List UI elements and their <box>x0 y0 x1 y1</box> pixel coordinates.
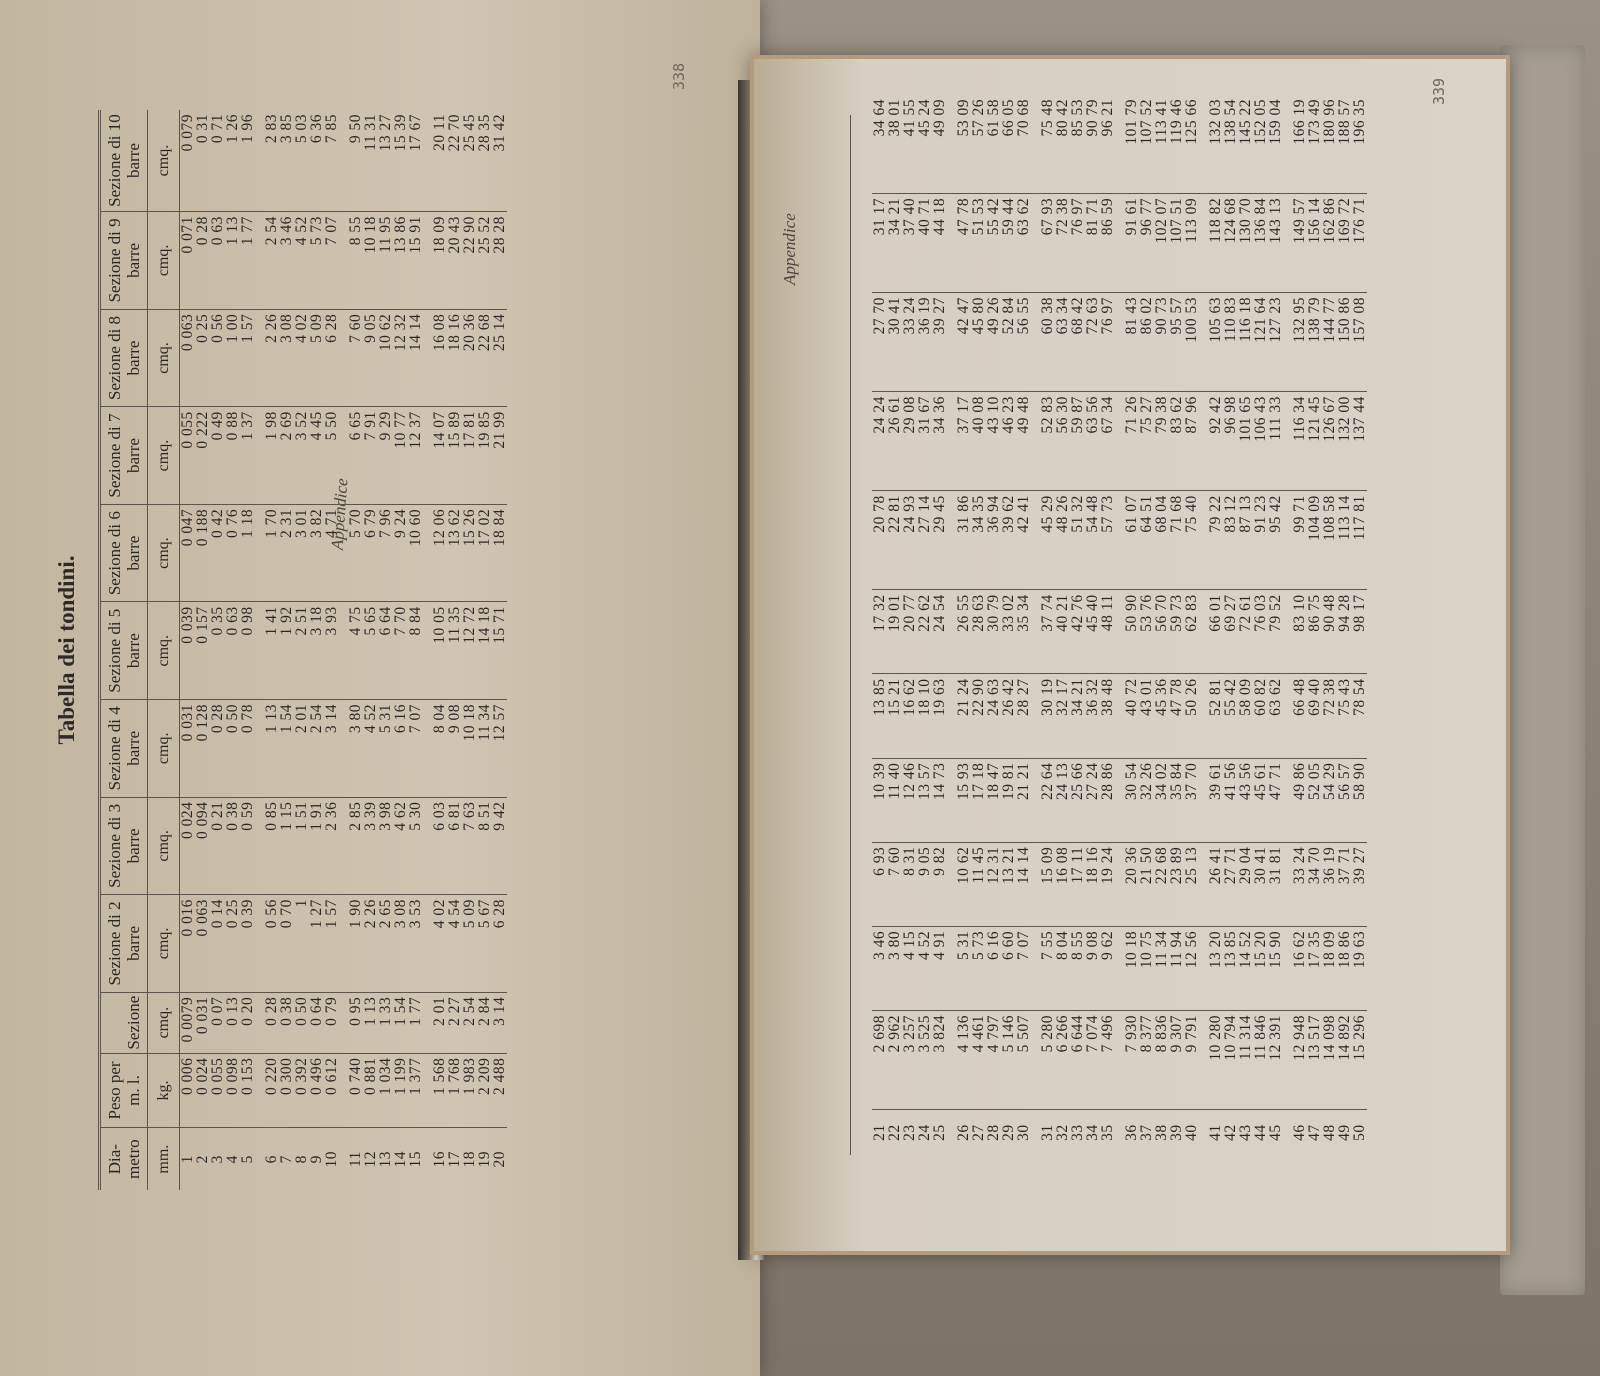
value-cell: 1 91 <box>309 797 324 895</box>
value-cell: 41 56 <box>1223 758 1238 842</box>
value-cell: 8 31 <box>902 842 917 926</box>
value-cell: 80 42 <box>1055 95 1070 193</box>
value-cell: 99 71 <box>1292 491 1307 590</box>
value-cell: 0 38 <box>279 992 294 1053</box>
value-cell: 27 71 <box>1223 842 1238 926</box>
table-row: 70 3000 380 701 151 541 922 312 693 083 … <box>279 110 294 1190</box>
value-cell: 72 38 <box>1322 674 1337 758</box>
value-cell: 79 38 <box>1154 392 1169 491</box>
diameter-cell: 47 <box>1307 1110 1322 1155</box>
value-cell: 110 83 <box>1223 292 1238 391</box>
value-cell: 0 50 <box>294 992 309 1053</box>
value-cell: 53 76 <box>1139 590 1154 674</box>
value-cell: 0 78 <box>240 700 255 798</box>
unit-label: cmq. <box>148 797 180 895</box>
value-cell: 10 39 <box>872 758 887 842</box>
value-cell: 17 11 <box>1070 842 1085 926</box>
table-row: 284 7976 1612 3118 4724 6330 7936 9443 1… <box>986 95 1001 1155</box>
value-cell: 20 43 <box>447 212 462 310</box>
value-cell: 25 66 <box>1070 758 1085 842</box>
value-cell: 4 62 <box>393 797 408 895</box>
value-cell: 70 68 <box>1016 95 1031 193</box>
value-cell: 0 76 <box>225 504 240 602</box>
value-cell: 56 57 <box>1337 758 1352 842</box>
value-cell: 3 525 <box>917 1011 932 1110</box>
value-cell: 2 54 <box>264 212 279 310</box>
value-cell: 11 34 <box>477 700 492 798</box>
diameter-cell: 41 <box>1208 1110 1223 1155</box>
value-cell: 21 99 <box>492 407 507 505</box>
value-cell: 0 128 <box>195 700 210 798</box>
value-cell: 130 70 <box>1238 193 1253 292</box>
value-cell: 21 24 <box>956 674 971 758</box>
value-cell: 39 27 <box>1352 842 1367 926</box>
value-cell: 33 24 <box>902 292 917 391</box>
value-cell: 19 85 <box>477 407 492 505</box>
diameter-cell: 3 <box>210 1128 225 1190</box>
value-cell: 121 64 <box>1253 292 1268 391</box>
diameter-cell: 18 <box>462 1128 477 1190</box>
table-row: 326 2668 0416 0824 1332 1740 2148 2656 3… <box>1055 95 1070 1155</box>
value-cell: 6 28 <box>324 309 339 407</box>
value-cell: 2 698 <box>872 1011 887 1110</box>
value-cell: 75 40 <box>1184 491 1199 590</box>
value-cell: 12 46 <box>902 758 917 842</box>
value-cell: 6 60 <box>1001 926 1016 1010</box>
value-cell: 0 50 <box>225 700 240 798</box>
value-cell: 2 488 <box>492 1053 507 1128</box>
value-cell: 50 90 <box>1124 590 1139 674</box>
value-cell: 13 21 <box>1001 842 1016 926</box>
table-row: 50 1530 200 390 590 780 981 181 371 571 … <box>240 110 255 1190</box>
value-cell: 40 71 <box>917 193 932 292</box>
value-cell: 4 797 <box>986 1011 1001 1110</box>
value-cell: 47 78 <box>1169 674 1184 758</box>
value-cell: 11 34 <box>1154 926 1169 1010</box>
value-cell: 12 948 <box>1292 1011 1307 1110</box>
value-cell: 2 85 <box>348 797 363 895</box>
value-cell: 25 13 <box>1184 842 1199 926</box>
table-row: 202 4883 146 289 4212 5715 7118 8421 992… <box>492 110 507 1190</box>
value-cell: 12 57 <box>492 700 507 798</box>
value-cell: 13 57 <box>917 758 932 842</box>
diameter-cell: 10 <box>324 1128 339 1190</box>
value-cell: 4 91 <box>932 926 947 1010</box>
value-cell: 34 64 <box>872 95 887 193</box>
value-cell: 40 21 <box>1055 590 1070 674</box>
unit-label: cmq. <box>148 895 180 993</box>
value-cell: 7 60 <box>348 309 363 407</box>
value-cell: 1 54 <box>393 992 408 1053</box>
value-cell: 132 95 <box>1292 292 1307 391</box>
value-cell: 1 377 <box>408 1053 423 1128</box>
value-cell: 0 38 <box>225 797 240 895</box>
value-cell: 101 79 <box>1124 95 1139 193</box>
value-cell: 3 82 <box>309 504 324 602</box>
value-cell: 0 63 <box>225 602 240 700</box>
value-cell: 0 35 <box>210 602 225 700</box>
value-cell: 8 51 <box>477 797 492 895</box>
value-cell: 18 09 <box>1322 926 1337 1010</box>
diameter-cell: 45 <box>1268 1110 1283 1155</box>
value-cell: 90 48 <box>1322 590 1337 674</box>
value-cell: 52 05 <box>1307 758 1322 842</box>
value-cell: 9 62 <box>1100 926 1115 1010</box>
value-cell: 49 86 <box>1292 758 1307 842</box>
unit-label: cmq. <box>148 212 180 310</box>
value-cell: 0 25 <box>195 309 210 407</box>
value-cell: 11 314 <box>1238 1011 1253 1110</box>
value-cell: 1 51 <box>294 797 309 895</box>
value-cell: 7 074 <box>1085 1011 1100 1110</box>
value-cell: 0 079 <box>180 110 196 212</box>
value-cell: 1 77 <box>240 212 255 310</box>
value-cell: 0 56 <box>264 895 279 993</box>
value-cell: 45 61 <box>1253 758 1268 842</box>
value-cell: 83 10 <box>1292 590 1307 674</box>
value-cell: 0 740 <box>348 1053 363 1128</box>
value-cell: 15 09 <box>1040 842 1055 926</box>
value-cell: 0 49 <box>210 407 225 505</box>
value-cell: 0 220 <box>264 1053 279 1128</box>
value-cell: 107 51 <box>1169 193 1184 292</box>
value-cell: 25 14 <box>492 309 507 407</box>
value-cell: 86 75 <box>1307 590 1322 674</box>
value-cell: 15 20 <box>1253 926 1268 1010</box>
value-cell: 36 19 <box>917 292 932 391</box>
value-cell: 10 77 <box>393 407 408 505</box>
table-row: 264 1365 3110 6215 9321 2426 5531 8637 1… <box>956 95 971 1155</box>
value-cell: 166 19 <box>1292 95 1307 193</box>
diameter-cell: 25 <box>932 1110 947 1155</box>
value-cell: 30 19 <box>1040 674 1055 758</box>
value-cell: 19 24 <box>1100 842 1115 926</box>
table-row: 40 0980 130 250 380 500 630 760 881 001 … <box>225 110 240 1190</box>
value-cell: 0 31 <box>195 110 210 212</box>
table-body: 10 0060 00790 0160 0240 0310 0390 0470 0… <box>180 110 508 1190</box>
left-page: Tabella dei tondini. 338 Appendice Dia-m… <box>0 0 760 1376</box>
value-cell: 0 392 <box>294 1053 309 1128</box>
value-cell: 0 79 <box>324 992 339 1053</box>
value-cell: 5 50 <box>324 407 339 505</box>
value-cell: 8 377 <box>1139 1011 1154 1110</box>
table-row: 30 0550 070 140 210 280 350 420 490 560 … <box>210 110 225 1190</box>
table-row: 315 2807 5515 0922 6430 1937 7445 2952 8… <box>1040 95 1055 1155</box>
value-cell: 52 83 <box>1040 392 1055 491</box>
value-cell: 104 09 <box>1307 491 1322 590</box>
table-row: 4512 39115 9031 8147 7163 6279 5295 4211… <box>1268 95 1283 1155</box>
value-cell: 1 <box>294 895 309 993</box>
value-cell: 118 82 <box>1208 193 1223 292</box>
book-cover-edge <box>1500 45 1585 1295</box>
page-number: 338 <box>670 63 688 90</box>
unit-label: cmq. <box>148 700 180 798</box>
value-cell: 0 157 <box>195 602 210 700</box>
value-cell: 22 68 <box>1154 842 1169 926</box>
value-cell: 8 55 <box>1070 926 1085 1010</box>
value-cell: 87 96 <box>1184 392 1199 491</box>
running-head: Appendice <box>780 213 800 285</box>
value-cell: 5 03 <box>294 110 309 212</box>
value-cell: 22 81 <box>887 491 902 590</box>
value-cell: 48 26 <box>1055 491 1070 590</box>
value-cell: 2 01 <box>432 992 447 1053</box>
diameter-cell: 12 <box>363 1128 378 1190</box>
value-cell: 14 14 <box>408 309 423 407</box>
value-cell: 1 568 <box>432 1053 447 1128</box>
value-cell: 75 48 <box>1040 95 1055 193</box>
value-cell: 1 00 <box>225 309 240 407</box>
value-cell: 6 79 <box>363 504 378 602</box>
value-cell: 96 98 <box>1223 392 1238 491</box>
value-cell: 95 42 <box>1268 491 1283 590</box>
value-cell: 76 97 <box>1100 292 1115 391</box>
value-cell: 31 81 <box>1268 842 1283 926</box>
value-cell: 12 391 <box>1268 1011 1283 1110</box>
value-cell: 27 14 <box>917 491 932 590</box>
value-cell: 6 16 <box>986 926 1001 1010</box>
value-cell: 96 21 <box>1100 95 1115 193</box>
value-cell: 37 74 <box>1040 590 1055 674</box>
value-cell: 0 188 <box>195 504 210 602</box>
diameter-cell: 35 <box>1100 1110 1115 1155</box>
value-cell: 2 26 <box>264 309 279 407</box>
value-cell: 0 88 <box>225 407 240 505</box>
diameter-cell: 30 <box>1016 1110 1031 1155</box>
diameter-cell: 15 <box>408 1128 423 1190</box>
value-cell: 14 098 <box>1322 1011 1337 1110</box>
value-cell: 86 02 <box>1139 292 1154 391</box>
row-group-gap <box>255 110 264 1190</box>
value-cell: 17 81 <box>462 407 477 505</box>
value-cell: 91 61 <box>1124 193 1139 292</box>
value-cell: 24 54 <box>932 590 947 674</box>
value-cell: 105 63 <box>1208 292 1223 391</box>
table-row: 110 7400 951 902 853 804 755 706 657 608… <box>348 110 363 1190</box>
value-cell: 71 68 <box>1169 491 1184 590</box>
value-cell: 10 18 <box>462 700 477 798</box>
value-cell: 13 85 <box>872 674 887 758</box>
value-cell: 101 65 <box>1238 392 1253 491</box>
value-cell: 10 75 <box>1139 926 1154 1010</box>
value-cell: 16 62 <box>1292 926 1307 1010</box>
table-row: 120 8811 132 263 394 525 656 797 919 051… <box>363 110 378 1190</box>
value-cell: 162 86 <box>1322 193 1337 292</box>
value-cell: 11 31 <box>363 110 378 212</box>
page-number: 339 <box>1430 78 1448 105</box>
value-cell: 7 60 <box>887 842 902 926</box>
diameter-cell: 46 <box>1292 1110 1307 1155</box>
value-cell: 6 65 <box>348 407 363 505</box>
table-row: 409 79112 5625 1337 7050 2662 8375 4087 … <box>1184 95 1199 1155</box>
value-cell: 0 25 <box>225 895 240 993</box>
value-cell: 18 16 <box>1085 842 1100 926</box>
value-cell: 132 00 <box>1337 392 1352 491</box>
value-cell: 7 96 <box>378 504 393 602</box>
value-cell: 0 098 <box>225 1053 240 1128</box>
value-cell: 29 45 <box>932 491 947 590</box>
value-cell: 7 55 <box>1040 926 1055 1010</box>
value-cell: 2 65 <box>378 895 393 993</box>
value-cell: 41 55 <box>902 95 917 193</box>
value-cell: 2 54 <box>309 700 324 798</box>
value-cell: 0 300 <box>279 1053 294 1128</box>
value-cell: 27 24 <box>1085 758 1100 842</box>
value-cell: 28 63 <box>971 590 986 674</box>
value-cell: 53 09 <box>956 95 971 193</box>
value-cell: 16 08 <box>1055 842 1070 926</box>
value-cell: 0 222 <box>195 407 210 505</box>
table-row: 243 5254 529 0513 5718 1022 6227 1431 67… <box>917 95 932 1155</box>
value-cell: 9 08 <box>1085 926 1100 1010</box>
value-cell: 63 34 <box>1055 292 1070 391</box>
value-cell: 14 73 <box>932 758 947 842</box>
value-cell: 69 40 <box>1307 674 1322 758</box>
diameter-cell: 26 <box>956 1110 971 1155</box>
value-cell: 1 90 <box>348 895 363 993</box>
value-cell: 32 17 <box>1055 674 1070 758</box>
value-cell: 1 13 <box>225 212 240 310</box>
column-header: Dia-metro <box>100 1128 148 1190</box>
value-cell: 17 35 <box>1307 926 1322 1010</box>
value-cell: 1 92 <box>279 602 294 700</box>
value-cell: 24 13 <box>1055 758 1070 842</box>
value-cell: 11 846 <box>1253 1011 1268 1110</box>
value-cell: 76 97 <box>1070 193 1085 292</box>
value-cell: 0 031 <box>195 992 210 1053</box>
value-cell: 149 57 <box>1292 193 1307 292</box>
value-cell: 2 83 <box>264 110 279 212</box>
value-cell: 36 94 <box>986 491 1001 590</box>
value-cell: 5 146 <box>1001 1011 1016 1110</box>
diameter-cell: 16 <box>432 1128 447 1190</box>
value-cell: 13 62 <box>447 504 462 602</box>
diameter-cell: 1 <box>180 1128 196 1190</box>
value-cell: 180 96 <box>1322 95 1337 193</box>
value-cell: 196 35 <box>1352 95 1367 193</box>
table-row: 5015 29619 6339 2758 9078 5498 17117 811… <box>1352 95 1367 1155</box>
value-cell: 5 30 <box>408 797 423 895</box>
value-cell: 4 75 <box>348 602 363 700</box>
value-cell: 95 57 <box>1169 292 1184 391</box>
value-cell: 45 29 <box>1040 491 1055 590</box>
value-cell: 0 024 <box>180 797 196 895</box>
value-cell: 0 055 <box>210 1053 225 1128</box>
value-cell: 121 45 <box>1307 392 1322 491</box>
value-cell: 58 90 <box>1352 758 1367 842</box>
value-cell: 12 31 <box>986 842 1001 926</box>
value-cell: 34 21 <box>1070 674 1085 758</box>
value-cell: 0 006 <box>180 1053 196 1128</box>
value-cell: 26 42 <box>1001 674 1016 758</box>
value-cell: 125 66 <box>1184 95 1199 193</box>
value-cell: 22 90 <box>462 212 477 310</box>
value-cell: 30 54 <box>1124 758 1139 842</box>
value-cell: 34 70 <box>1307 842 1322 926</box>
diameter-cell: 7 <box>279 1128 294 1190</box>
column-header: Peso per m. l. <box>100 1053 148 1128</box>
value-cell: 7 07 <box>324 212 339 310</box>
value-cell: 3 98 <box>378 797 393 895</box>
value-cell: 113 09 <box>1184 193 1199 292</box>
value-cell: 59 87 <box>1070 392 1085 491</box>
diameter-cell: 23 <box>902 1110 917 1155</box>
value-cell: 2 36 <box>324 797 339 895</box>
value-cell: 137 44 <box>1352 392 1367 491</box>
diameter-cell: 8 <box>294 1128 309 1190</box>
value-cell: 90 79 <box>1085 95 1100 193</box>
value-cell: 16 62 <box>902 674 917 758</box>
value-cell: 3 824 <box>932 1011 947 1110</box>
diameter-cell: 20 <box>492 1128 507 1190</box>
value-cell: 15 21 <box>887 674 902 758</box>
table-row: 60 2200 280 560 851 131 411 701 982 262 … <box>264 110 279 1190</box>
value-cell: 43 10 <box>986 392 1001 491</box>
table-row: 192 2092 845 678 5111 3414 1817 0219 852… <box>477 110 492 1190</box>
value-cell: 67 34 <box>1100 392 1115 491</box>
value-cell: 36 19 <box>1322 842 1337 926</box>
value-cell: 0 094 <box>195 797 210 895</box>
diameter-cell: 36 <box>1124 1110 1139 1155</box>
table-body: 212 6983 466 9310 3913 8517 3220 7824 24… <box>872 95 1367 1155</box>
value-cell: 55 42 <box>1223 674 1238 758</box>
value-cell: 81 43 <box>1124 292 1139 391</box>
value-cell: 20 77 <box>902 590 917 674</box>
value-cell: 14 14 <box>1016 842 1031 926</box>
value-cell: 0 42 <box>210 504 225 602</box>
value-cell: 42 41 <box>1016 491 1031 590</box>
value-cell: 0 039 <box>180 602 196 700</box>
value-cell: 0 98 <box>240 602 255 700</box>
value-cell: 1 96 <box>240 110 255 212</box>
page-title: Tabella dei tondini. <box>54 110 80 1190</box>
unit-label: cmq. <box>148 602 180 700</box>
table-row: 171 7682 274 546 819 0811 3513 6215 8918… <box>447 110 462 1190</box>
value-cell: 10 18 <box>1124 926 1139 1010</box>
value-cell: 40 08 <box>971 392 986 491</box>
column-header: Sezione di 4 barre <box>100 700 148 798</box>
value-cell: 15 93 <box>956 758 971 842</box>
value-cell: 5 09 <box>462 895 477 993</box>
value-cell: 25 52 <box>477 212 492 310</box>
value-cell: 4 52 <box>917 926 932 1010</box>
value-cell: 86 59 <box>1100 193 1115 292</box>
value-cell: 157 08 <box>1352 292 1367 391</box>
value-cell: 3 46 <box>279 212 294 310</box>
diameter-cell: 33 <box>1070 1110 1085 1155</box>
value-cell: 11 95 <box>378 212 393 310</box>
value-cell: 43 56 <box>1238 758 1253 842</box>
value-cell: 25 45 <box>462 110 477 212</box>
value-cell: 0 21 <box>210 797 225 895</box>
value-cell: 0 39 <box>240 895 255 993</box>
value-cell: 9 42 <box>492 797 507 895</box>
value-cell: 83 62 <box>1169 392 1184 491</box>
value-cell: 10 05 <box>432 602 447 700</box>
column-header: Sezione di 7 barre <box>100 407 148 505</box>
value-cell: 18 10 <box>917 674 932 758</box>
value-cell: 0 881 <box>363 1053 378 1128</box>
value-cell: 85 53 <box>1070 95 1085 193</box>
value-cell: 0 59 <box>240 797 255 895</box>
value-cell: 68 42 <box>1070 292 1085 391</box>
value-cell: 20 78 <box>872 491 887 590</box>
value-cell: 35 84 <box>1169 758 1184 842</box>
diameter-cell: 50 <box>1352 1110 1367 1155</box>
value-cell: 13 85 <box>1223 926 1238 1010</box>
table-row: 4814 09818 0936 1954 2972 3890 48108 581… <box>1322 95 1337 1155</box>
value-cell: 18 86 <box>1337 926 1352 1010</box>
